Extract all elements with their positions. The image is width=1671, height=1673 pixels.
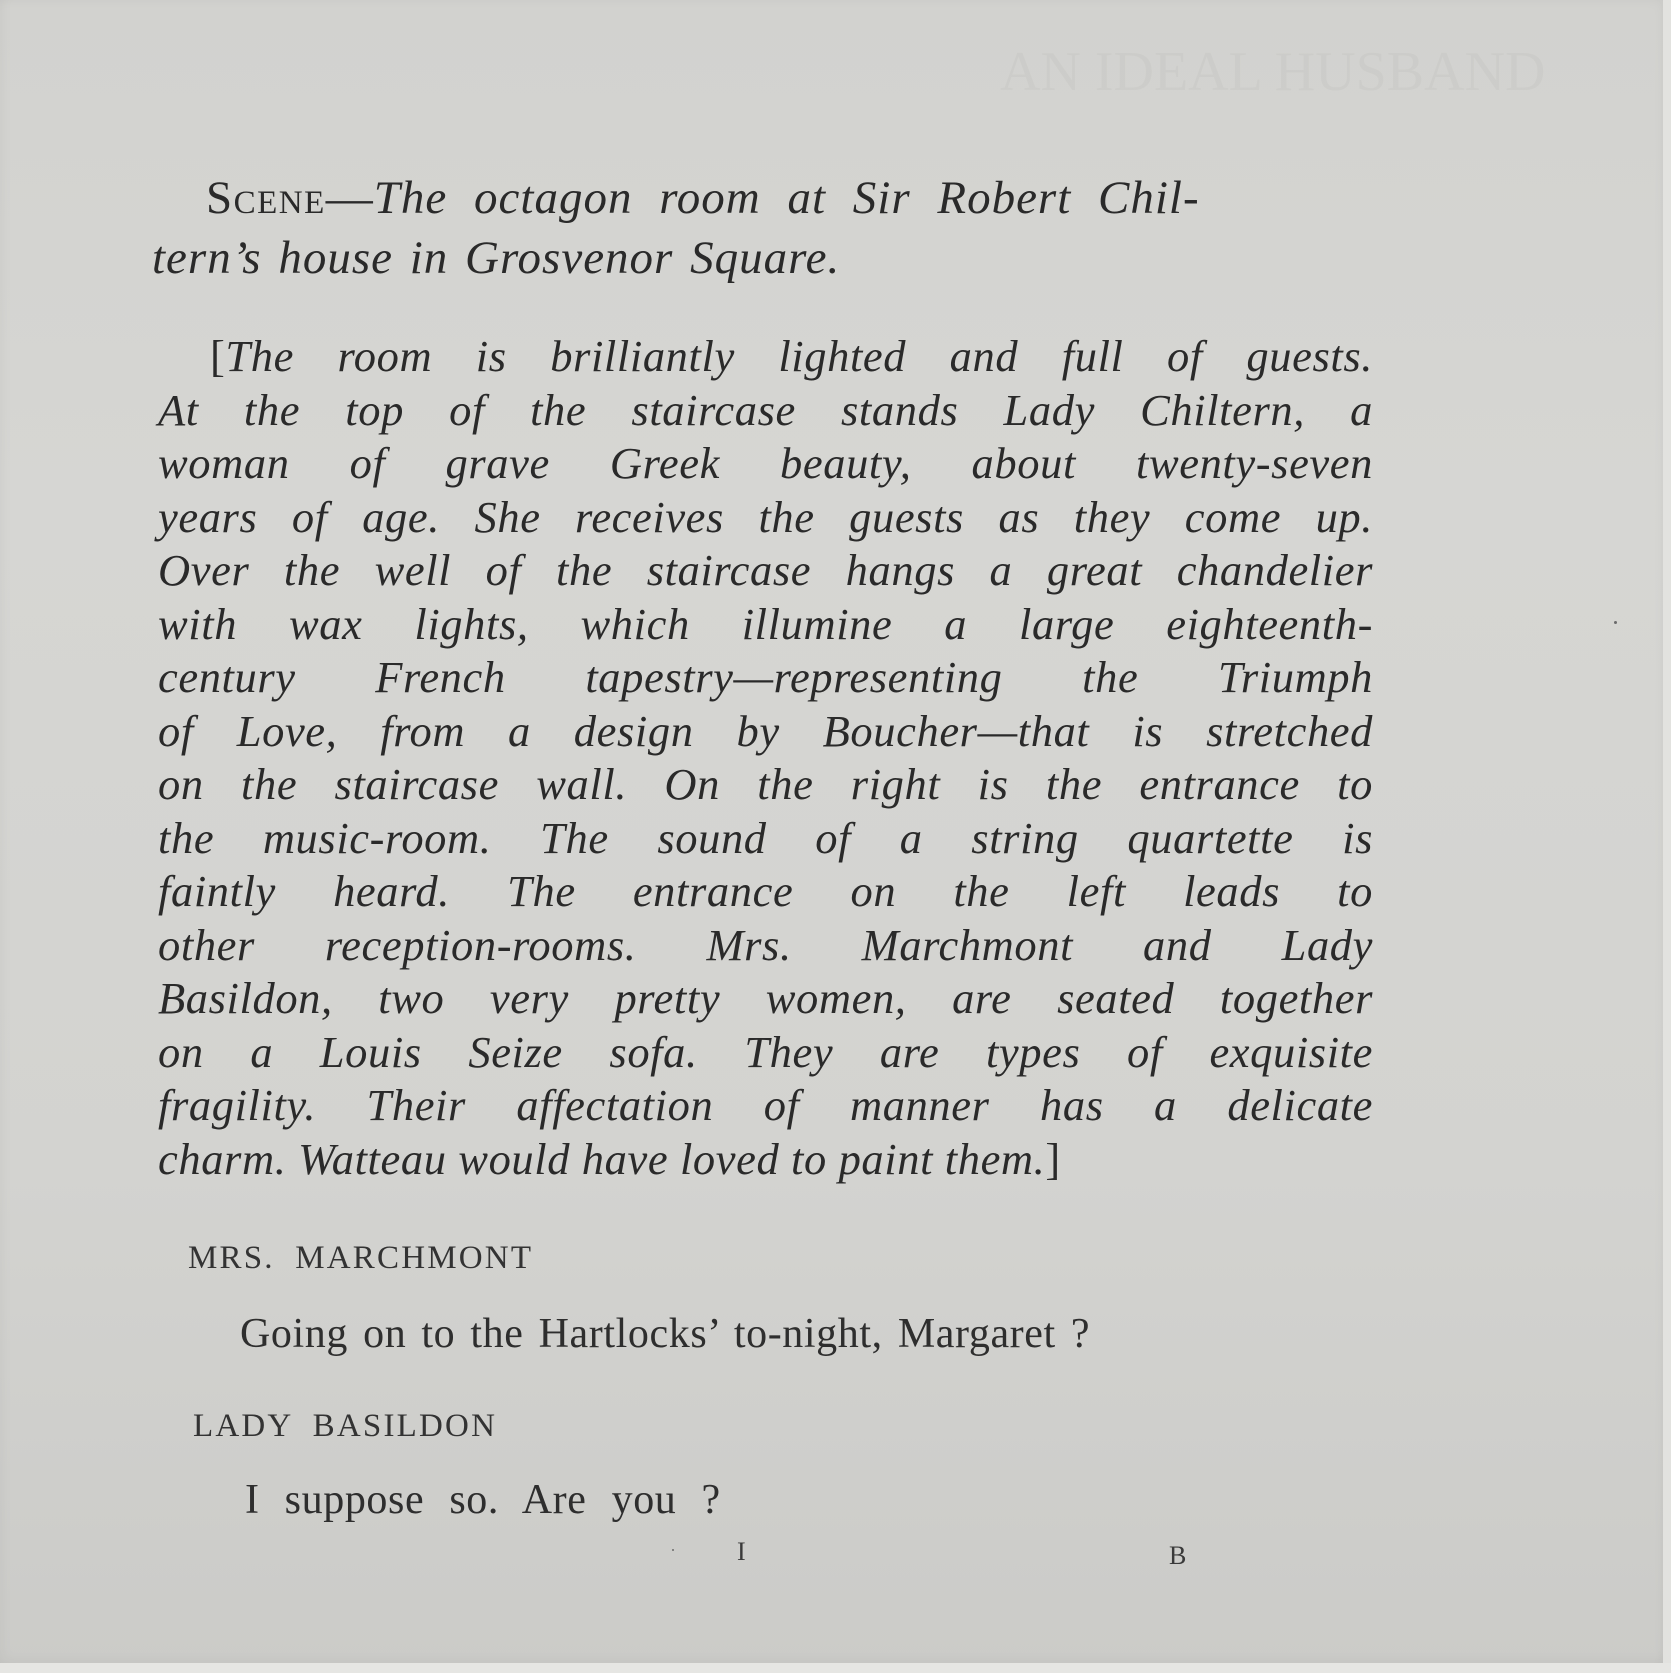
stage-direction-line: of Love, from a design by Boucher—that i…: [158, 705, 1373, 759]
stage-direction-line: on the staircase wall. On the right is t…: [158, 758, 1373, 812]
open-bracket: [: [210, 331, 225, 381]
book-page: AN IDEAL HUSBAND Scene—The octagon room …: [0, 0, 1671, 1673]
stage-direction: [The room is brilliantly lighted and ful…: [158, 330, 1378, 1186]
page-marker: I: [737, 1537, 746, 1567]
stage-direction-line: the music-room. The sound of a string qu…: [158, 812, 1373, 866]
scene-text-1: The octagon room at Sir Robert Chil-: [374, 172, 1200, 224]
stage-direction-line: Over the well of the staircase hangs a g…: [158, 544, 1373, 598]
stage-direction-text: The room is brilliantly lighted and full…: [225, 331, 1373, 381]
stage-direction-line: At the top of the staircase stands Lady …: [158, 384, 1373, 438]
stage-direction-line: charm. Watteau would have loved to paint…: [158, 1133, 1373, 1187]
scene-heading: Scene—The octagon room at Sir Robert Chi…: [152, 168, 1387, 288]
stage-direction-line: faintly heard. The entrance on the left …: [158, 865, 1373, 919]
scene-label: Scene: [206, 172, 326, 224]
show-through-text: AN IDEAL HUSBAND: [1000, 40, 1545, 104]
stage-direction-line: [The room is brilliantly lighted and ful…: [158, 330, 1373, 384]
paper-speck: [672, 1549, 674, 1551]
speaker-name-mrs-marchmont: Mrs. Marchmont: [188, 1240, 533, 1277]
stage-direction-line: years of age. She receives the guests as…: [158, 491, 1373, 545]
stage-direction-line: other reception-rooms. Mrs. Marchmont an…: [158, 919, 1373, 973]
scene-dash: —: [326, 172, 374, 224]
stage-direction-line: century French tapestry—representing the…: [158, 651, 1373, 705]
speaker-name-lady-basildon: Lady Basildon: [193, 1408, 497, 1445]
stage-direction-line: on a Louis Seize sofa. They are types of…: [158, 1026, 1373, 1080]
dialogue-line-1: Going on to the Hartlocks’ to-night, Mar…: [240, 1310, 1090, 1358]
stage-direction-line: Basildon, two very pretty women, are sea…: [158, 972, 1373, 1026]
stage-direction-line: with wax lights, which illumine a large …: [158, 598, 1373, 652]
scene-line-1: Scene—The octagon room at Sir Robert Chi…: [152, 168, 1387, 228]
stage-direction-text: charm. Watteau would have loved to paint…: [158, 1134, 1045, 1184]
close-bracket: ]: [1045, 1134, 1060, 1184]
stage-direction-line: woman of grave Greek beauty, about twent…: [158, 437, 1373, 491]
stage-direction-line: fragility. Their affectation of manner h…: [158, 1079, 1373, 1133]
signature-letter: B: [1169, 1541, 1186, 1571]
dialogue-line-2: I suppose so. Are you ?: [245, 1476, 721, 1524]
scene-line-2: tern’s house in Grosvenor Square.: [152, 228, 1387, 288]
paper-speck: [1614, 621, 1617, 624]
